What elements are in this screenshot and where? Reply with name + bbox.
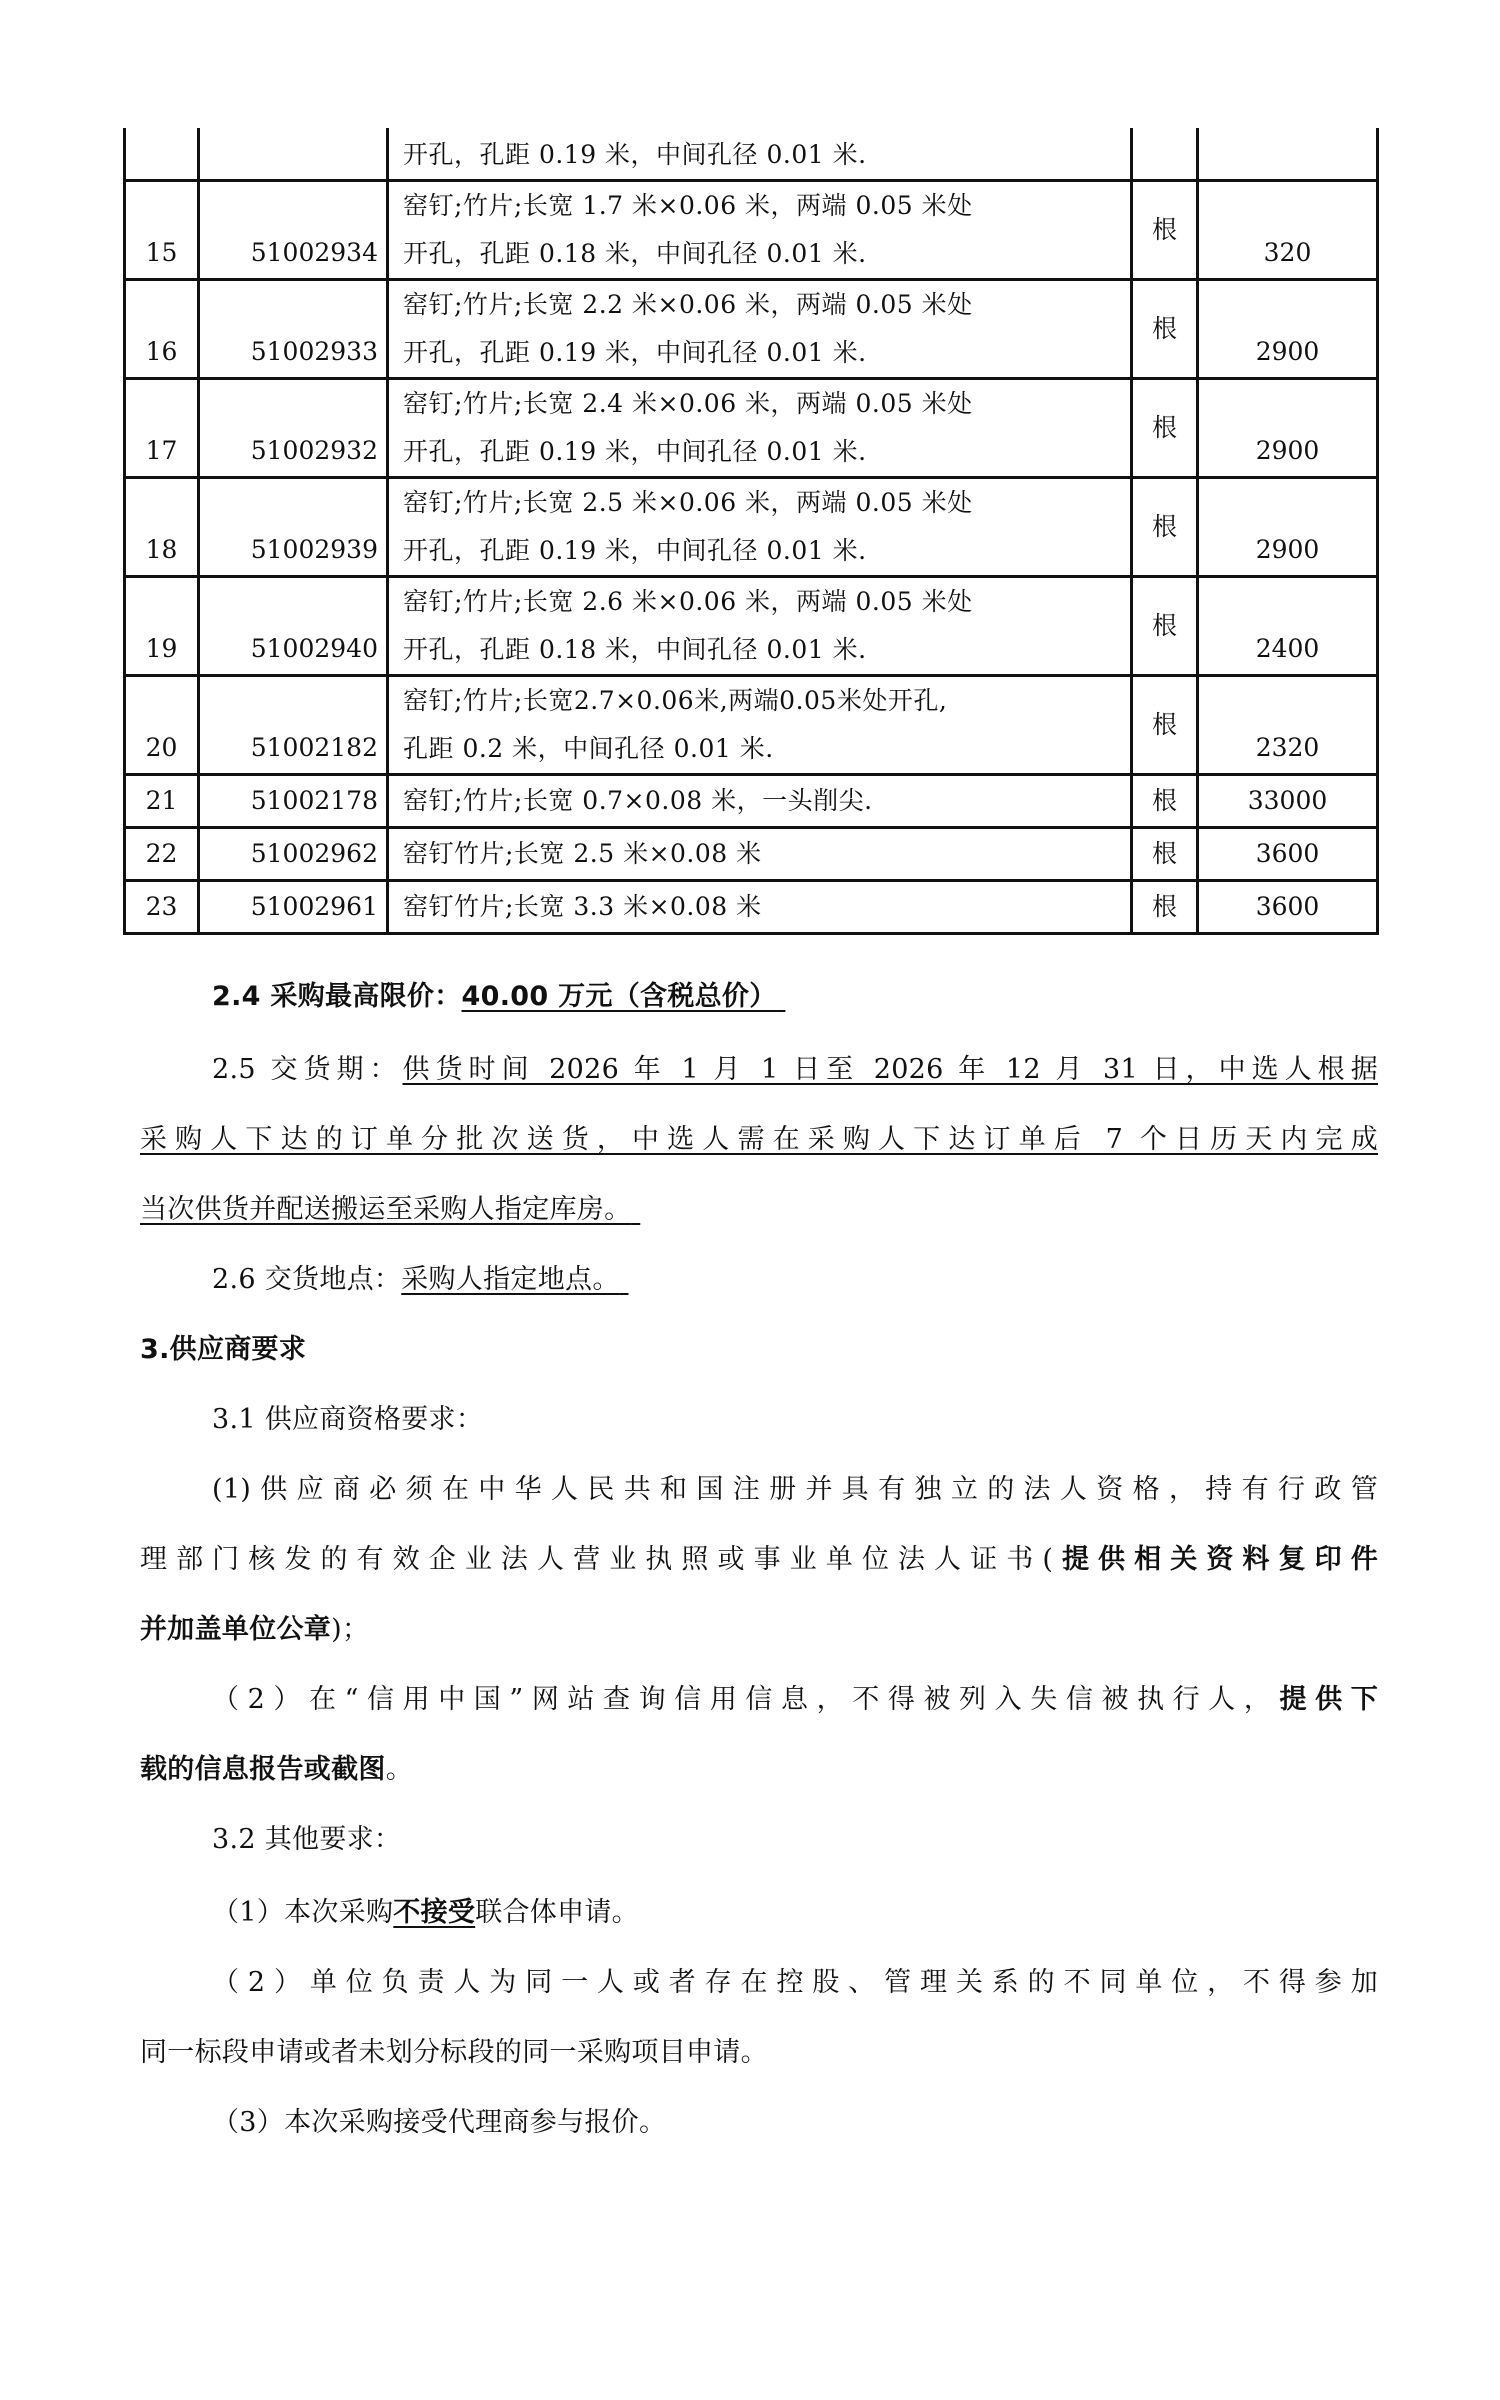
clause-2-5-line-3: 当次供货并配送搬运至采购人指定库房。 [140,1190,1378,1230]
cell-no: 16 [125,279,199,378]
table-row: 23 51002961 窑钉竹片;长宽 3.3 米×0.08 米 根 3600 [125,880,1378,933]
table-row: 20 51002182 窑钉;竹片;长宽2.7×0.06米,两端0.05米处开孔… [125,675,1378,774]
cell-code [199,128,388,180]
text: （1）本次采购 [212,1897,393,1928]
desc-line: 窑钉;竹片;长宽 2.5 米×0.06 米，两端 0.05 米处 [403,479,1122,527]
clause-3-1-title: 3.1 供应商资格要求： [212,1400,1378,1440]
cell-desc: 窑钉;竹片;长宽 2.6 米×0.06 米，两端 0.05 米处 开孔，孔距 0… [388,576,1132,675]
document-page: 开孔，孔距 0.19 米，中间孔径 0.01 米. 15 51002934 窑钉… [0,0,1500,2400]
cell-code: 51002961 [199,880,388,933]
cell-qty: 3600 [1198,880,1378,933]
cell-no: 19 [125,576,199,675]
cell-desc: 窑钉;竹片;长宽 2.4 米×0.06 米，两端 0.05 米处 开孔，孔距 0… [388,378,1132,477]
cell-desc: 窑钉;竹片;长宽 0.7×0.08 米，一头削尖. [388,774,1132,827]
cell-code: 51002962 [199,827,388,880]
cell-unit: 根 [1132,279,1198,378]
desc-line: 窑钉;竹片;长宽 2.6 米×0.06 米，两端 0.05 米处 [403,578,1122,626]
unit-text: 根 [1133,206,1196,254]
clause-3-1-item-2-line-1: （2）在“信用中国”网站查询信用信息，不得被列入失信被执行人，提供下 [212,1680,1378,1720]
unit-text: 根 [1133,503,1196,551]
desc-line: 窑钉竹片;长宽 2.5 米×0.08 米 [403,830,1122,878]
cell-code: 51002933 [199,279,388,378]
clause-2-4-label: 2.4 采购最高限价： [212,981,462,1012]
clause-3-2-item-2-line-1: （2）单位负责人为同一人或者存在控股、管理关系的不同单位，不得参加 [212,1963,1378,2003]
text: 同一标段申请或者未划分标段的同一采购项目申请。 [140,2037,768,2068]
table-row: 22 51002962 窑钉竹片;长宽 2.5 米×0.08 米 根 3600 [125,827,1378,880]
clause-2-6: 2.6 交货地点：采购人指定地点。 [212,1260,1378,1300]
cell-qty [1198,128,1378,180]
unit-text: 根 [1133,305,1196,353]
cell-qty: 2900 [1198,378,1378,477]
cell-no [125,128,199,180]
table-row: 19 51002940 窑钉;竹片;长宽 2.6 米×0.06 米，两端 0.0… [125,576,1378,675]
text: 。 [386,1754,413,1785]
table-row: 21 51002178 窑钉;竹片;长宽 0.7×0.08 米，一头削尖. 根 … [125,774,1378,827]
text: （2）在“信用中国”网站查询信用信息，不得被列入失信被执行人， [212,1684,1279,1715]
clause-3-1-item-1-line-3: 并加盖单位公章)； [140,1610,1378,1650]
clause-3-2-item-1: （1）本次采购不接受联合体申请。 [212,1893,1378,1933]
desc-line: 孔距 0.2 米，中间孔径 0.01 米. [403,725,1122,773]
clause-3-1-item-1-line-1: (1)供应商必须在中华人民共和国注册并具有独立的法人资格，持有行政管 [212,1470,1378,1510]
unit-text: 根 [1133,602,1196,650]
cell-qty: 320 [1198,180,1378,279]
desc-line: 开孔，孔距 0.18 米，中间孔径 0.01 米. [403,626,1122,674]
desc-line: 窑钉;竹片;长宽 0.7×0.08 米，一头削尖. [403,777,1122,825]
desc-line: 开孔，孔距 0.18 米，中间孔径 0.01 米. [403,230,1122,278]
cell-desc: 窑钉竹片;长宽 2.5 米×0.08 米 [388,827,1132,880]
cell-code: 51002178 [199,774,388,827]
bold-requirement: 提供下 [1279,1684,1378,1715]
cell-qty: 3600 [1198,827,1378,880]
desc-line: 窑钉;竹片;长宽2.7×0.06米,两端0.05米处开孔, [403,677,1122,725]
clause-2-5-line-1: 2.5 交货期：供货时间 2026 年 1 月 1 日至 2026 年 12 月… [212,1050,1378,1090]
delivery-place-value: 采购人指定地点。 [401,1264,619,1295]
bold-requirement: 并加盖单位公章 [140,1614,331,1645]
desc-line: 窑钉;竹片;长宽 1.7 米×0.06 米，两端 0.05 米处 [403,182,1122,230]
cell-unit: 根 [1132,477,1198,576]
text: 联合体申请。 [475,1897,639,1928]
unit-text: 根 [1133,404,1196,452]
cell-code: 51002932 [199,378,388,477]
delivery-period-text-3: 当次供货并配送搬运至采购人指定库房。 [140,1194,631,1225]
section-3-heading: 3.供应商要求 [140,1330,1378,1370]
cell-unit: 根 [1132,576,1198,675]
clause-2-6-label: 2.6 交货地点： [212,1264,401,1295]
cell-no: 22 [125,827,199,880]
cell-no: 23 [125,880,199,933]
text: (1)供应商必须在中华人民共和国注册并具有独立的法人资格，持有行政管 [212,1474,1378,1505]
clause-3-1-item-2-line-2: 载的信息报告或截图。 [140,1750,1378,1790]
cell-unit: 根 [1132,675,1198,774]
desc-line: 窑钉;竹片;长宽 2.4 米×0.06 米，两端 0.05 米处 [403,380,1122,428]
clause-2-4: 2.4 采购最高限价：40.00 万元（含税总价） [212,977,1378,1017]
not-accepted-emphasis: 不接受 [393,1897,475,1928]
desc-line: 开孔，孔距 0.19 米，中间孔径 0.01 米. [403,428,1122,476]
cell-code: 51002940 [199,576,388,675]
cell-no: 21 [125,774,199,827]
text: （2）单位负责人为同一人或者存在控股、管理关系的不同单位，不得参加 [212,1967,1378,1998]
delivery-period-text-2: 采购人下达的订单分批次送货，中选人需在采购人下达订单后 7 个日历天内完成 [140,1124,1378,1155]
table-row-continued: 开孔，孔距 0.19 米，中间孔径 0.01 米. [125,128,1378,180]
clause-2-5-label: 2.5 交货期： [212,1054,403,1085]
cell-code: 51002934 [199,180,388,279]
cell-desc: 窑钉;竹片;长宽 1.7 米×0.06 米，两端 0.05 米处 开孔，孔距 0… [388,180,1132,279]
cell-qty: 2320 [1198,675,1378,774]
clause-3-2-item-3: （3）本次采购接受代理商参与报价。 [212,2103,1378,2143]
cell-code: 51002182 [199,675,388,774]
text: 理部门核发的有效企业法人营业执照或事业单位法人证书( [140,1544,1053,1575]
cell-unit: 根 [1132,180,1198,279]
table-row: 18 51002939 窑钉;竹片;长宽 2.5 米×0.06 米，两端 0.0… [125,477,1378,576]
delivery-period-text-1: 供货时间 2026 年 1 月 1 日至 2026 年 12 月 31 日，中选… [403,1054,1378,1085]
cell-unit: 根 [1132,827,1198,880]
cell-desc: 窑钉竹片;长宽 3.3 米×0.08 米 [388,880,1132,933]
unit-text: 根 [1133,701,1196,749]
cell-unit: 根 [1132,378,1198,477]
max-price-value: 40.00 万元（含税总价） [462,981,777,1012]
table-row: 16 51002933 窑钉;竹片;长宽 2.2 米×0.06 米，两端 0.0… [125,279,1378,378]
clause-3-2-title: 3.2 其他要求： [212,1820,1378,1860]
desc-line: 窑钉;竹片;长宽 2.2 米×0.06 米，两端 0.05 米处 [403,281,1122,329]
cell-desc: 开孔，孔距 0.19 米，中间孔径 0.01 米. [388,128,1132,180]
cell-unit: 根 [1132,774,1198,827]
cell-unit [1132,128,1198,180]
desc-line: 开孔，孔距 0.19 米，中间孔径 0.01 米. [403,527,1122,575]
cell-no: 17 [125,378,199,477]
desc-line: 开孔，孔距 0.19 米，中间孔径 0.01 米. [403,131,1122,179]
table-row: 15 51002934 窑钉;竹片;长宽 1.7 米×0.06 米，两端 0.0… [125,180,1378,279]
cell-qty: 2400 [1198,576,1378,675]
cell-code: 51002939 [199,477,388,576]
cell-desc: 窑钉;竹片;长宽2.7×0.06米,两端0.05米处开孔, 孔距 0.2 米，中… [388,675,1132,774]
clause-3-1-item-1-line-2: 理部门核发的有效企业法人营业执照或事业单位法人证书(提供相关资料复印件 [140,1540,1378,1580]
desc-line: 开孔，孔距 0.19 米，中间孔径 0.01 米. [403,329,1122,377]
bold-requirement: 载的信息报告或截图 [140,1754,386,1785]
cell-qty: 2900 [1198,477,1378,576]
cell-no: 15 [125,180,199,279]
table-row: 17 51002932 窑钉;竹片;长宽 2.4 米×0.06 米，两端 0.0… [125,378,1378,477]
bold-requirement: 提供相关资料复印件 [1053,1544,1378,1575]
cell-no: 20 [125,675,199,774]
cell-qty: 2900 [1198,279,1378,378]
clause-2-5-line-2: 采购人下达的订单分批次送货，中选人需在采购人下达订单后 7 个日历天内完成 [140,1120,1378,1160]
clause-3-2-item-2-line-2: 同一标段申请或者未划分标段的同一采购项目申请。 [140,2033,1378,2073]
items-table: 开孔，孔距 0.19 米，中间孔径 0.01 米. 15 51002934 窑钉… [123,128,1379,935]
cell-desc: 窑钉;竹片;长宽 2.2 米×0.06 米，两端 0.05 米处 开孔，孔距 0… [388,279,1132,378]
desc-line: 窑钉竹片;长宽 3.3 米×0.08 米 [403,883,1122,931]
cell-desc: 窑钉;竹片;长宽 2.5 米×0.06 米，两端 0.05 米处 开孔，孔距 0… [388,477,1132,576]
cell-unit: 根 [1132,880,1198,933]
cell-qty: 33000 [1198,774,1378,827]
text: )； [331,1614,369,1645]
cell-no: 18 [125,477,199,576]
